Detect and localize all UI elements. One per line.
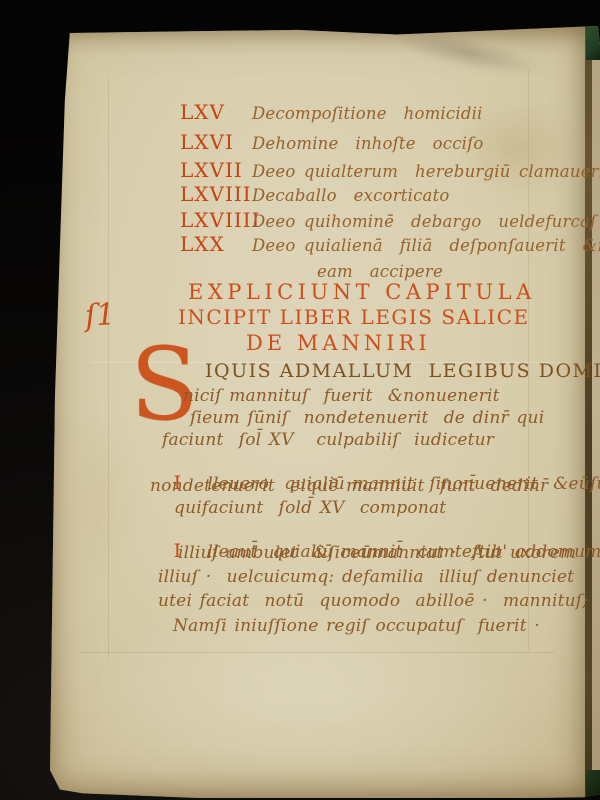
binding-tailband bbox=[586, 770, 600, 798]
decorated-initial: S bbox=[130, 346, 199, 424]
body-line: niciſ mannituſ fuerit &nonuenerit bbox=[183, 386, 500, 406]
chapter-title-text: Deeo quialienā filiā deſponſauerit &nonu… bbox=[252, 236, 600, 255]
chapter-row: LXVII Deeo quialterum hereburgiū clamaue… bbox=[180, 158, 600, 182]
chapter-title-text: Decompoſitione homicidii bbox=[252, 104, 483, 123]
binding-headband bbox=[586, 26, 600, 60]
ruling-line-horizontal bbox=[80, 652, 554, 653]
body-line: Namſi iniuſſione regiſ occupatuſ fuerit … bbox=[173, 616, 540, 636]
body-line: ſieum ſūniſ nondetenuerit de dinr̄ qui bbox=[190, 408, 544, 428]
stain-top-smudge bbox=[389, 22, 547, 84]
ruling-line-vertical bbox=[108, 78, 109, 658]
body-line: quifaciunt ſold̄ XV componat bbox=[174, 498, 446, 518]
chapter-row: LXV Decompoſitione homicidii bbox=[180, 100, 483, 124]
chapter-number: LXX bbox=[180, 232, 252, 256]
body-line: faciunt ſol̄ XV culpabiliſ iudicetur bbox=[162, 430, 494, 450]
chapter-number: LXVII bbox=[180, 158, 252, 182]
chapter-number: LXVIIII bbox=[180, 208, 252, 232]
chapter-row: LXX Deeo quialienā filiā deſponſauerit &… bbox=[180, 232, 600, 256]
chapter-title-text: Deeo quihominē debargo ueldefurcaſ depon… bbox=[252, 212, 600, 231]
body-line: utei faciat notū quomodo abilloē · manni… bbox=[158, 591, 588, 611]
chapter-title-text: Deeo quialterum hereburgiū clamauerit bbox=[252, 162, 600, 181]
incipit-rubric: INCIPIT LIBER LEGIS SALICE bbox=[178, 305, 530, 329]
margin-mark: ſ1 bbox=[84, 297, 117, 334]
chapter-row: LXVIIII Deeo quihominē debargo ueldefurc… bbox=[180, 208, 600, 232]
opening-capitals: IQUIS ADMALLUM LEGIBUS DOMI bbox=[205, 360, 600, 382]
manuscript-photo: LXV Decompoſitione homicidii LXVI Dehomi… bbox=[0, 0, 600, 800]
chapter-number: LXV bbox=[180, 100, 252, 124]
chapter-row: LXVIII Decaballo excorticato bbox=[180, 182, 450, 206]
body-line: illiuſ · uelcuicumq: defamilia illiuſ de… bbox=[158, 567, 574, 587]
book-fore-edge bbox=[592, 26, 600, 798]
chapter-title-text: Decaballo excorticato bbox=[252, 186, 450, 205]
body-line: nondetenuerit eiquē manniuit ſunt̄ dedin… bbox=[150, 476, 548, 496]
explicit-rubric: EXPLICIUNT CAPITULA bbox=[188, 280, 536, 304]
chapter-number: LXVIII bbox=[180, 182, 252, 206]
gutter-shadow bbox=[585, 26, 592, 798]
chapter-continuation: eam accipere bbox=[317, 262, 443, 281]
body-line: illiuſ ambulet &ſiceūmanniat · Aut uxore… bbox=[178, 543, 576, 563]
chapter-title-text: Dehomine inhoſte occiſo bbox=[252, 134, 484, 153]
stain-left bbox=[68, 424, 132, 574]
parchment-page: LXV Decompoſitione homicidii LXVI Dehomi… bbox=[50, 26, 600, 798]
chapter-row: LXVI Dehomine inhoſte occiſo bbox=[180, 130, 484, 154]
chapter-number: LXVI bbox=[180, 130, 252, 154]
chapter-title-rubric: DE MANNIRI bbox=[246, 331, 431, 355]
